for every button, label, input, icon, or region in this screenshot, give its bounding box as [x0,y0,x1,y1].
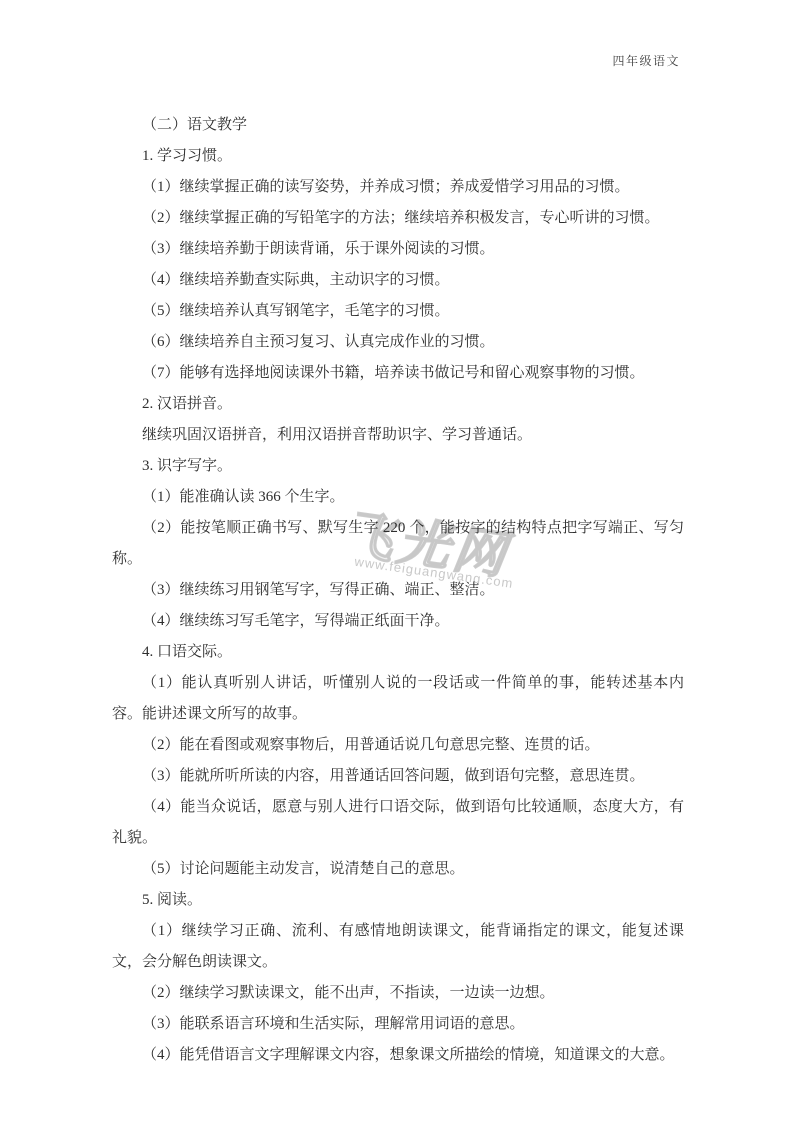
document-page: 四年级语文 飞光网 www.feiguangwang.com （二）语文教学 1… [0,0,793,1122]
paragraph-item: （1）继续学习正确、流利、有感情地朗读课文，能背诵指定的课文，能复述课文，会分解… [112,916,684,978]
paragraph-item: （2）继续掌握正确的写铅笔字的方法；继续培养积极发言，专心听讲的习惯。 [112,203,684,234]
paragraph-item: （2）继续学习默读课文，能不出声，不指读，一边读一边想。 [112,978,684,1009]
paragraph-item: （4）继续培养勤查实际典，主动识字的习惯。 [112,265,684,296]
paragraph-item: （5）继续培养认真写钢笔字，毛笔字的习惯。 [112,296,684,327]
paragraph-item: （6）继续培养自主预习复习、认真完成作业的习惯。 [112,327,684,358]
paragraph-item: （7）能够有选择地阅读课外书籍，培养读书做记号和留心观察事物的习惯。 [112,358,684,389]
paragraph-item: （3）继续培养勤于朗读背诵，乐于课外阅读的习惯。 [112,234,684,265]
paragraph-item: （2）能按笔顺正确书写、默写生字 220 个，能按字的结构特点把字写端正、写匀称… [112,513,684,575]
page-header-title: 四年级语文 [612,54,680,68]
paragraph-item: （1）能认真听别人讲话，听懂别人说的一段话或一件简单的事，能转述基本内容。能讲述… [112,668,684,730]
paragraph-section-heading: （二）语文教学 [112,110,684,141]
paragraph-item: （3）能联系语言环境和生活实际，理解常用词语的意思。 [112,1009,684,1040]
paragraph-numbered-heading: 5. 阅读。 [112,885,684,916]
paragraph-item: （2）能在看图或观察事物后，用普通话说几句意思完整、连贯的话。 [112,730,684,761]
paragraph-item: （4）能凭借语言文字理解课文内容，想象课文所描绘的情境，知道课文的大意。 [112,1040,684,1071]
paragraph-numbered-heading: 1. 学习习惯。 [112,141,684,172]
paragraph-item: （4）能当众说话，愿意与别人进行口语交际，做到语句比较通顺，态度大方，有礼貌。 [112,792,684,854]
paragraph-item: （5）讨论问题能主动发言，说清楚自己的意思。 [112,854,684,885]
page-header: 四年级语文 [612,52,680,69]
paragraph-item: （3）继续练习用钢笔写字，写得正确、端正、整洁。 [112,575,684,606]
paragraph-item: （1）能准确认读 366 个生字。 [112,482,684,513]
paragraph-numbered-heading: 4. 口语交际。 [112,637,684,668]
paragraph-item: （3）能就所听所读的内容，用普通话回答问题，做到语句完整，意思连贯。 [112,761,684,792]
paragraph-numbered-heading: 3. 识字写字。 [112,451,684,482]
paragraph-item: （1）继续掌握正确的读写姿势，并养成习惯；养成爱惜学习用品的习惯。 [112,172,684,203]
paragraph-item: 继续巩固汉语拼音，利用汉语拼音帮助识字、学习普通话。 [112,420,684,451]
paragraph-item: （4）继续练习写毛笔字，写得端正纸面干净。 [112,606,684,637]
paragraph-numbered-heading: 2. 汉语拼音。 [112,389,684,420]
document-body: （二）语文教学 1. 学习习惯。 （1）继续掌握正确的读写姿势，并养成习惯；养成… [112,110,684,1071]
